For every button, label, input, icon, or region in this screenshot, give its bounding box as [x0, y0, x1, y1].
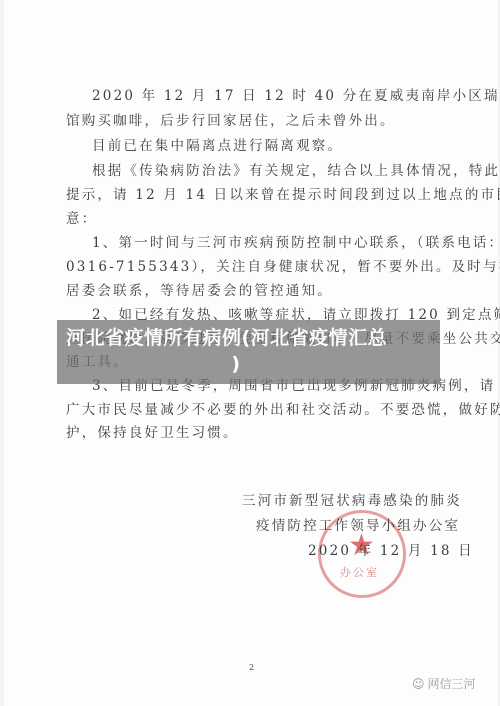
watermark-label: 网信三河 [428, 677, 476, 691]
paragraph-line: 提示，请 12 月 14 日以来曾在提示时间段到过以上地点的市民注 [66, 183, 500, 203]
wechat-icon: ☺ [412, 677, 425, 691]
paragraph-line: 2020 年 12 月 17 日 12 时 40 分在夏威夷南岸小区瑞幸咖啡 [92, 84, 500, 104]
banner-title-text: 河北省疫情所有病例(河北省疫情汇总 [66, 327, 387, 349]
signature-org-line1: 三河市新型冠状病毒感染的肺炎 [242, 489, 462, 509]
paragraph-line: 1、第一时间与三河市疾病预防控制中心联系，（联系电话： [92, 231, 500, 251]
paragraph-line: 护，保持良好卫生习惯。 [66, 421, 239, 441]
paragraph-line: 0316-7155343），关注自身健康状况，暂不要外出。及时与社区 [66, 255, 500, 275]
paragraph-line: 广大市民尽量减少不必要的外出和社交活动。不要恐慌，做好防 [66, 398, 500, 418]
banner-title: 河北省疫情所有病例(河北省疫情汇总 ) [66, 325, 426, 377]
paragraph-line: 根据《传染病防治法》有关规定，结合以上具体情况，特此 [92, 159, 500, 179]
signature-org-line2: 疫情防控工作领导小组办公室 [256, 514, 460, 534]
page-number: 2 [249, 663, 254, 672]
seal-text: 办公室 [340, 564, 379, 580]
paragraph-line: 目前已在集中隔离点进行隔离观察。 [92, 134, 343, 154]
source-watermark: ☺网信三河 [412, 675, 476, 692]
paragraph-line: 居委会联系，等待居委会的管控通知。 [66, 279, 333, 299]
paragraph-line: 馆购买咖啡，后步行回家居住，之后未曾外出。 [66, 109, 396, 129]
paragraph-line: 意： [66, 207, 97, 227]
signature-date: 2020 年 12 月 18 日 [308, 539, 474, 559]
banner-title-close: ) [66, 351, 426, 377]
